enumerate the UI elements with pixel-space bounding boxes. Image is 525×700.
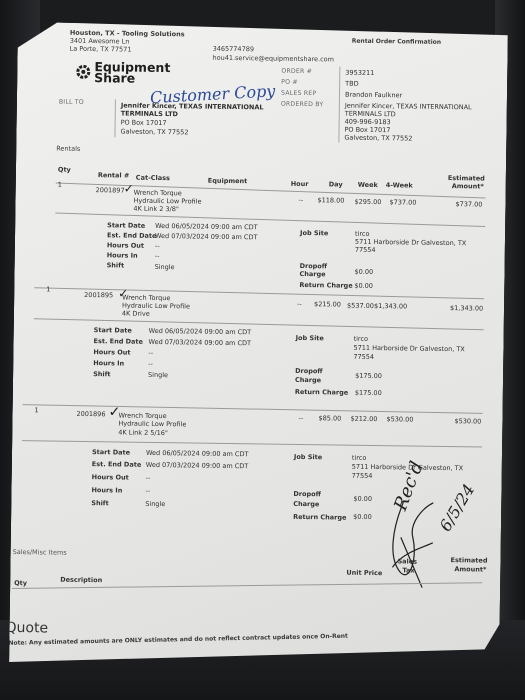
hours-in-label: Hours In xyxy=(91,486,122,494)
item-description-line3: 4K Link 2 3/8" xyxy=(133,205,179,214)
sales-header-qty: Qty xyxy=(14,579,27,587)
item-week: $295.00 xyxy=(354,198,381,206)
hours-out-label: Hours Out xyxy=(107,241,144,250)
rentals-header-week: Week xyxy=(358,181,378,189)
dropoff-label-line2: Charge xyxy=(299,270,325,278)
item-estimated: $530.00 xyxy=(454,417,481,425)
item-4-week: $530.00 xyxy=(386,415,413,423)
start-date-value: Wed 06/05/2024 09:00 am CDT xyxy=(149,327,252,336)
dropoff-charge-value: $0.00 xyxy=(353,495,372,503)
job-site-label: Job Site xyxy=(296,334,324,342)
company-phone: 3465774789 xyxy=(213,45,254,54)
po-label: PO # xyxy=(281,79,298,86)
return-charge-value: $175.00 xyxy=(355,389,382,397)
start-date-value: Wed 06/05/2024 09:00 am CDT xyxy=(155,222,258,231)
shift-value: Single xyxy=(148,371,168,379)
order-number-value: 3953211 xyxy=(345,69,374,77)
item-hour: -- xyxy=(298,414,303,422)
company-address-line2: La Porte, TX 77571 xyxy=(70,45,132,54)
job-site-zip: 77554 xyxy=(353,353,374,361)
job-site-address: 5711 Harborside Dr Galveston, TX xyxy=(353,344,464,354)
quote-title: Quote xyxy=(5,620,48,637)
hours-in-label: Hours In xyxy=(93,359,124,367)
sales-rep-value: Brandon Faulkner xyxy=(345,91,402,100)
dropoff-charge-value: $175.00 xyxy=(355,372,382,380)
row-divider xyxy=(22,440,482,447)
end-date-label: Est. End Date xyxy=(93,337,143,346)
order-number-label: ORDER # xyxy=(281,68,312,75)
dropoff-label-line1: Dropoff xyxy=(293,490,321,498)
hours-in-value: -- xyxy=(155,252,160,260)
item-description-line3: 4K Drive xyxy=(122,309,150,317)
job-site-name: tirco xyxy=(354,335,369,343)
bill-to-address-line1: PO Box 17017 xyxy=(121,118,167,127)
hours-out-label: Hours Out xyxy=(92,473,129,482)
ordered-by-line5: Galveston, TX 77552 xyxy=(344,134,412,143)
hours-out-value: -- xyxy=(146,474,151,482)
job-site-zip: 77554 xyxy=(355,246,376,254)
end-date-value: Wed 07/03/2024 09:00 am CDT xyxy=(155,232,258,241)
item-qty: 1 xyxy=(35,406,39,414)
job-site-label: Job Site xyxy=(300,229,328,237)
shift-value: Single xyxy=(145,500,165,508)
job-site-label: Job Site xyxy=(294,453,322,461)
rentals-header-cat-class: Cat-Class xyxy=(136,174,170,182)
dropoff-label-line2: Charge xyxy=(293,500,319,508)
shift-label: Shift xyxy=(93,370,111,378)
rental-order-document: Houston, TX - Tooling Solutions 3401 Awe… xyxy=(9,22,508,669)
end-date-value: Wed 07/03/2024 09:00 am CDT xyxy=(146,461,249,470)
document-title: Rental Order Confirmation xyxy=(352,38,441,46)
rentals-header-day: Day xyxy=(329,180,343,188)
hours-out-value: -- xyxy=(155,242,160,250)
rentals-header-rental-no: Rental # xyxy=(98,171,130,179)
item-qty: 1 xyxy=(58,181,62,189)
rental-item-row: 1 2001896 ✓ Wrench Torque Hydraulic Low … xyxy=(18,22,508,29)
sales-misc-section-label: Sales/Misc Items xyxy=(13,548,67,557)
return-charge-value: $0.00 xyxy=(353,513,372,521)
item-day: $85.00 xyxy=(318,414,341,422)
item-rental-no: 2001895 xyxy=(84,291,113,299)
gear-logo-icon xyxy=(75,64,91,80)
ordered-by-label: ORDERED BY xyxy=(281,101,324,109)
rentals-header-estimated-line2: Amount* xyxy=(452,182,484,190)
item-rental-no: 2001896 xyxy=(76,410,105,418)
rentals-header-equipment: Equipment xyxy=(208,177,248,186)
hours-in-label: Hours In xyxy=(107,251,138,259)
item-description-line2: Hydraulic Low Profile xyxy=(118,419,186,428)
return-charge-label: Return Charge xyxy=(299,281,352,290)
rentals-header-qty: Qty xyxy=(58,166,71,174)
dropoff-label-line2: Charge xyxy=(295,376,321,384)
return-charge-value: $0.00 xyxy=(354,282,373,290)
order-info-divider xyxy=(338,66,340,142)
rental-item-row: 1 2001897 ✓ Wrench Torque Hydraulic Low … xyxy=(18,22,508,29)
shift-label: Shift xyxy=(91,499,109,507)
item-day: $215.00 xyxy=(314,300,341,308)
job-site-name: tirco xyxy=(355,230,370,238)
start-date-label: Start Date xyxy=(94,326,132,335)
shift-label: Shift xyxy=(107,261,125,269)
dropoff-charge-value: $0.00 xyxy=(354,268,373,276)
item-qty: 1 xyxy=(46,285,50,293)
start-date-label: Start Date xyxy=(92,448,130,457)
item-day: $118.00 xyxy=(317,196,344,204)
end-date-value: Wed 07/03/2024 09:00 am CDT xyxy=(148,338,251,347)
hours-in-value: -- xyxy=(145,487,150,495)
bill-to-divider xyxy=(114,99,116,137)
dropoff-label-line1: Dropoff xyxy=(295,367,323,375)
start-date-label: Start Date xyxy=(107,221,145,230)
item-hour: -- xyxy=(297,300,302,308)
bill-to-label: BILL TO xyxy=(59,99,84,106)
hours-out-label: Hours Out xyxy=(93,348,130,357)
rentals-header-hour: Hour xyxy=(291,180,309,188)
sales-header-description: Description xyxy=(60,576,102,585)
hours-out-value: -- xyxy=(148,349,153,357)
sales-header-unit-price: Unit Price xyxy=(346,569,382,578)
item-4-week: $1,343.00 xyxy=(374,302,407,310)
handwritten-check-icon: ✓ xyxy=(124,181,134,195)
rentals-section-label: Rentals xyxy=(56,145,80,153)
end-date-label: Est. End Date xyxy=(92,460,142,469)
item-week: $212.00 xyxy=(350,415,377,423)
item-4-week: $737.00 xyxy=(389,198,416,206)
end-date-label: Est. End Date xyxy=(107,231,157,240)
equipmentshare-logo: Equipment Share xyxy=(75,61,170,84)
item-estimated: $1,343.00 xyxy=(450,304,483,312)
sales-header-estimated-line1: Estimated xyxy=(450,556,487,565)
quote-note: *Note: Any estimated amounts are ONLY es… xyxy=(5,633,348,647)
item-hour: -- xyxy=(298,196,303,204)
item-rental-no: 2001897 xyxy=(96,186,125,194)
sales-rep-label: SALES REP xyxy=(281,90,316,97)
job-site-zip: 77554 xyxy=(352,472,373,480)
job-site-name: tirco xyxy=(352,454,367,462)
return-charge-label: Return Charge xyxy=(293,513,346,522)
start-date-value: Wed 06/05/2024 09:00 am CDT xyxy=(146,449,249,458)
sales-header-estimated-line2: Amount* xyxy=(454,565,486,573)
sales-header-tax-line2: Tax xyxy=(402,566,414,574)
company-email: hou41.service@equipmentshare.com xyxy=(212,54,334,64)
item-estimated: $737.00 xyxy=(455,200,482,208)
return-charge-label: Return Charge xyxy=(295,388,348,397)
hours-in-value: -- xyxy=(148,360,153,368)
rentals-header-4-week: 4-Week xyxy=(386,181,413,189)
bill-to-name-line2: TERMINALS LTD xyxy=(121,109,178,118)
item-description-line3: 4K Link 2 5/16" xyxy=(118,428,168,437)
rental-item-row: 1 2001895 ✓ Wrench Torque Hydraulic Low … xyxy=(18,22,508,29)
item-week: $537.00 xyxy=(347,302,374,310)
bill-to-address-line2: Galveston, TX 77552 xyxy=(120,127,188,136)
sales-header-tax-line1: Sales xyxy=(397,557,417,565)
po-value: TBD xyxy=(345,80,359,88)
shift-value: Single xyxy=(155,263,175,271)
